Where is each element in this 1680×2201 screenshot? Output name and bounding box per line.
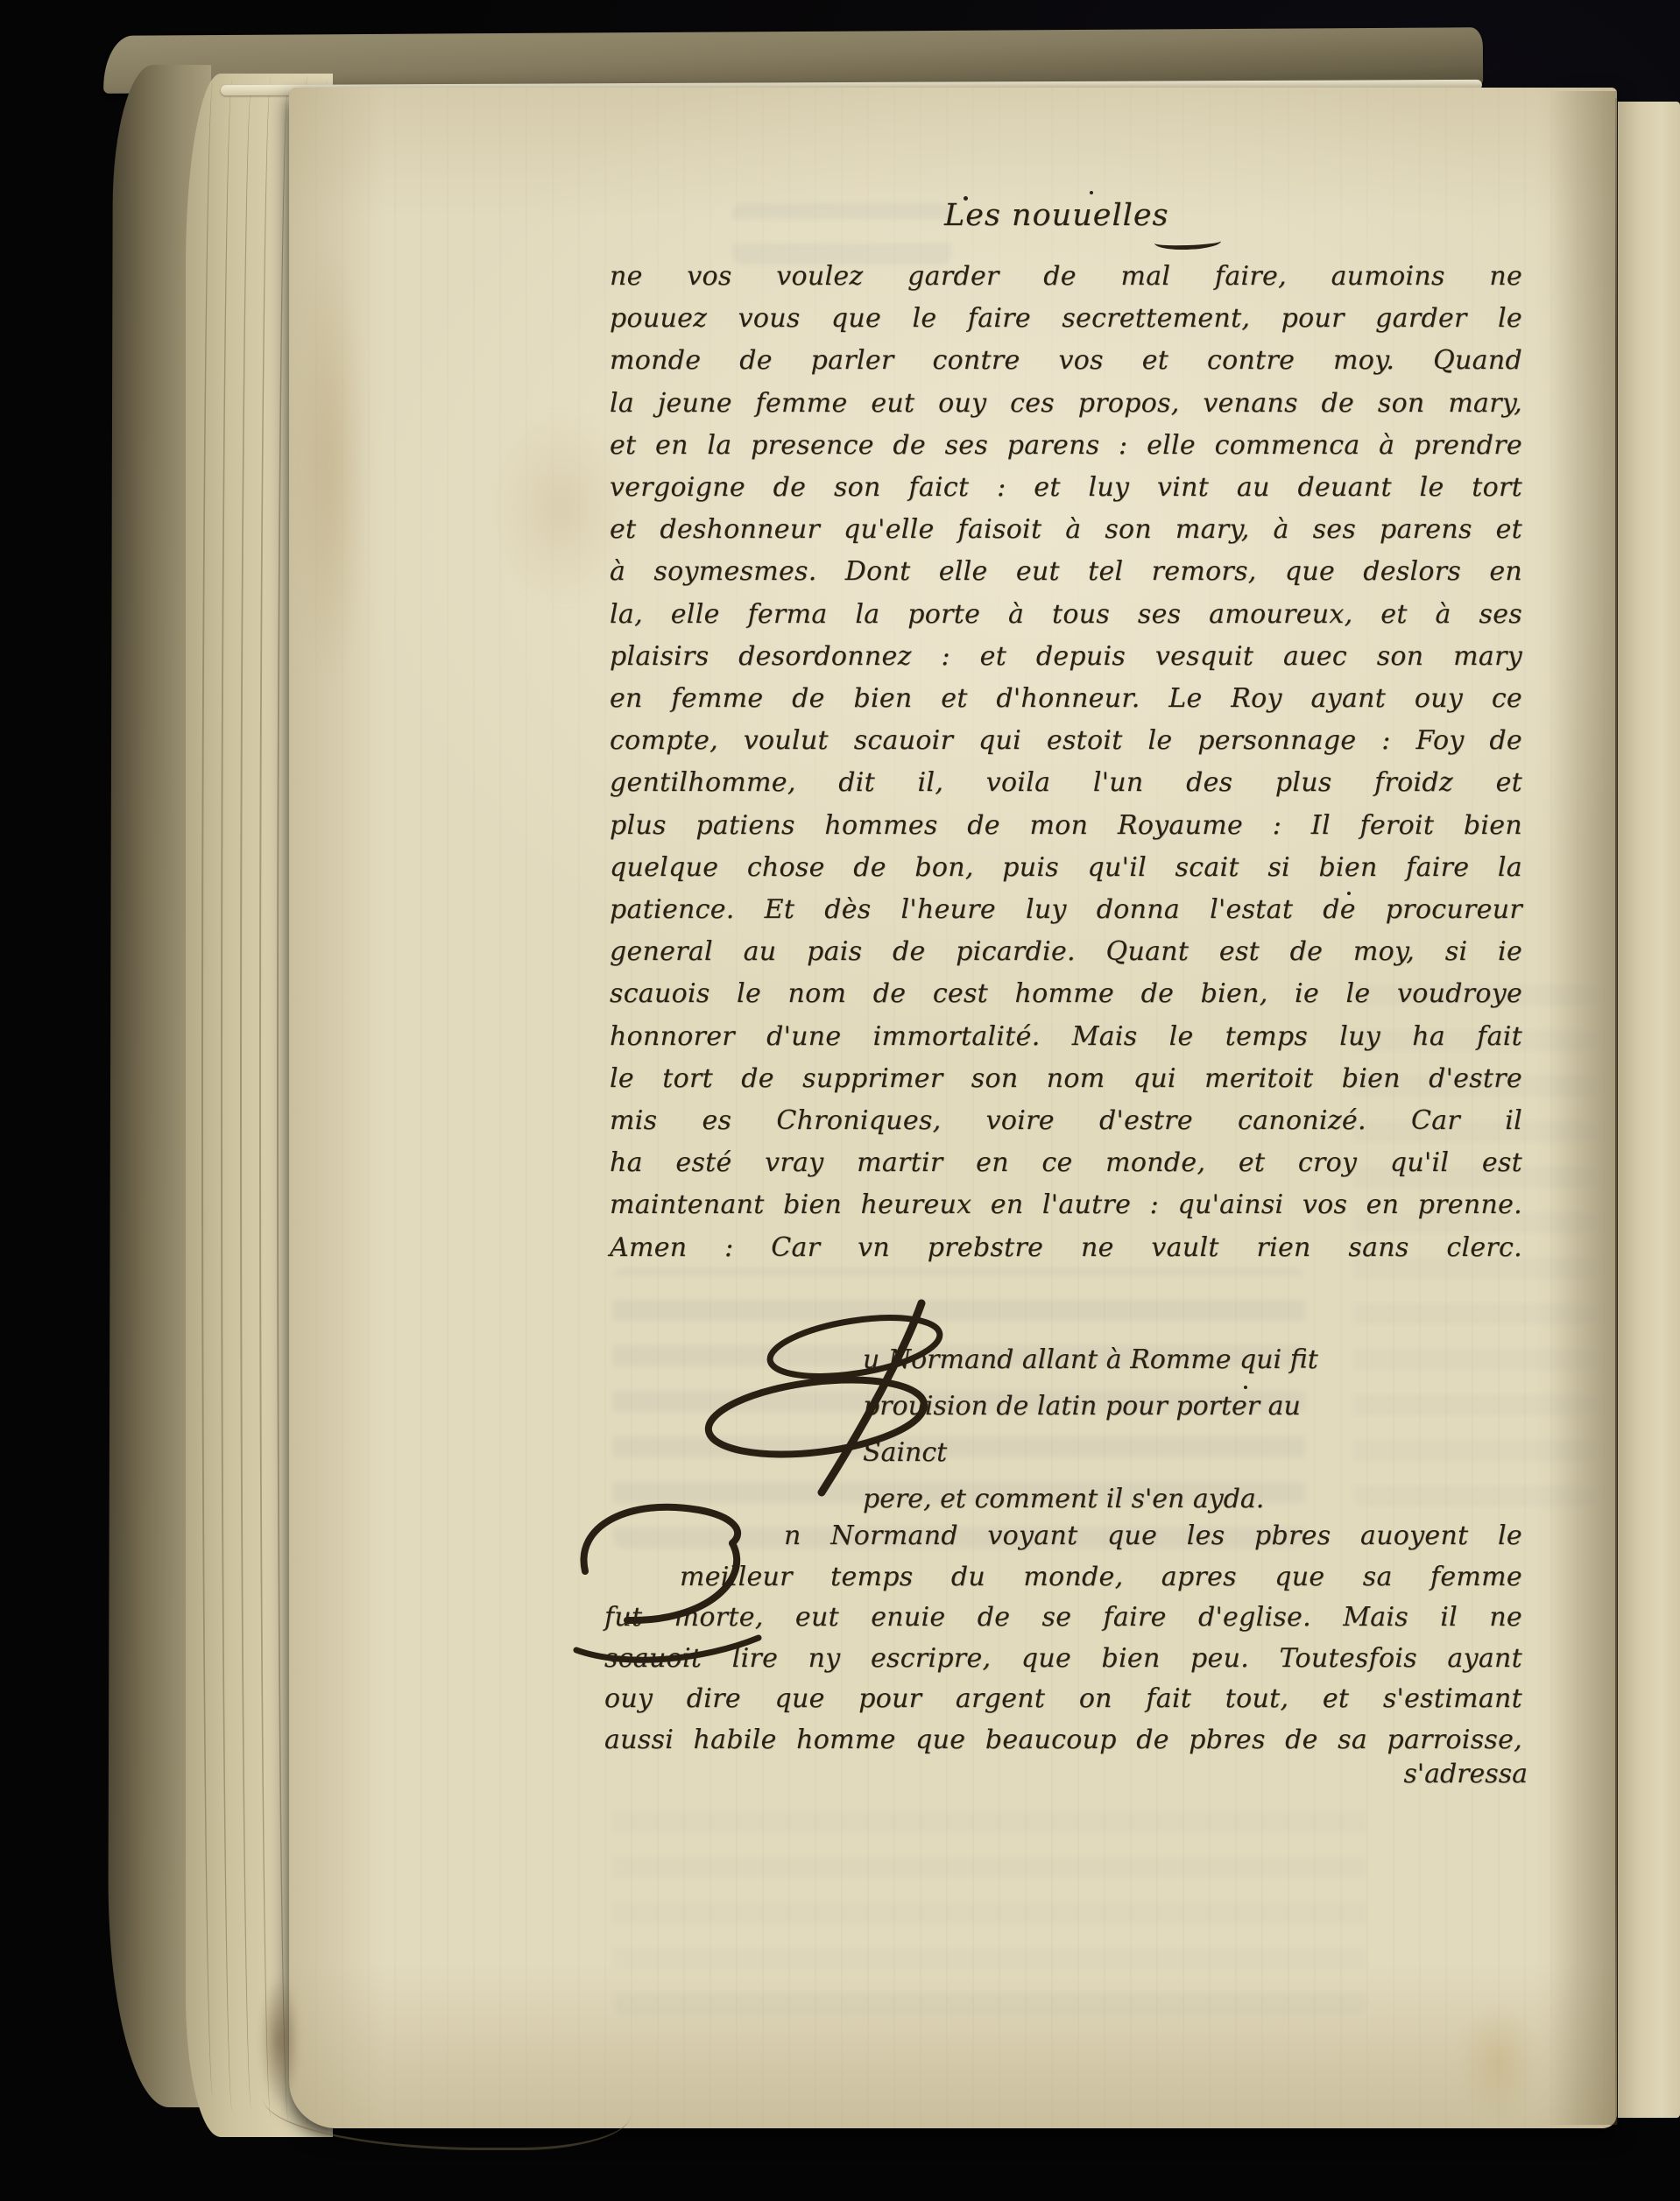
text-line: mis es Chroniques, voire d'estre canoniz… xyxy=(610,1100,1522,1142)
text-line: la, elle ferma la porte à tous ses amour… xyxy=(610,594,1522,636)
text-line: ne vos voulez garder de mal faire, aumoi… xyxy=(610,256,1522,298)
text-line: plus patiens hommes de mon Royaume : Il … xyxy=(610,805,1522,847)
text-line: patience. Et dès l'heure luy donna l'est… xyxy=(610,889,1522,931)
text-line: scauois le nom de cest homme de bien, ie… xyxy=(610,973,1522,1015)
stain-blotch xyxy=(1458,2006,1537,2120)
text-line: n Normand voyant que les pbres auoyent l… xyxy=(604,1516,1522,1557)
text-line: compte, voulut scauoir qui estoit le per… xyxy=(610,720,1522,762)
leaf-edge xyxy=(240,86,254,2109)
section-heading: u Normand allant à Romme qui fit prouisi… xyxy=(863,1337,1388,1522)
ink-dot xyxy=(1090,191,1093,194)
text-line: et en la presence de ses parens : elle c… xyxy=(610,425,1522,467)
text-line: scauoit lire ny escripre, que bien peu. … xyxy=(604,1639,1522,1680)
text-line: monde de parler contre vos et contre moy… xyxy=(610,340,1522,382)
leaf-edge xyxy=(201,82,215,2097)
text-line: maintenant bien heureux en l'autre : qu'… xyxy=(610,1184,1522,1226)
text-line: Amen : Car vn prebstre ne vault rien san… xyxy=(610,1227,1522,1269)
text-line: à soymesmes. Dont elle eut tel remors, q… xyxy=(610,551,1522,593)
body-paragraph-1: ne vos voulez garder de mal faire, aumoi… xyxy=(610,256,1522,1269)
text-line: en femme de bien et d'honneur. Le Roy ay… xyxy=(610,678,1522,720)
ink-showthrough xyxy=(613,1804,1366,2014)
catchword: s'adressa xyxy=(1174,1759,1528,1789)
running-header: Les nouuelles xyxy=(944,198,1169,233)
heading-line: prouision de latin pour porter au Sainct xyxy=(863,1383,1388,1476)
text-line: quelque chose de bon, puis qu'il scait s… xyxy=(610,847,1522,889)
stain-blotch xyxy=(294,245,364,683)
facing-page-sliver xyxy=(1618,102,1680,2118)
leaf-edge xyxy=(221,79,235,2111)
text-line: meilleur temps du monde, apres que sa fe… xyxy=(604,1557,1522,1598)
body-paragraph-2: n Normand voyant que les pbres auoyent l… xyxy=(604,1516,1522,1761)
text-line: honnorer d'une immortalité. Mais le temp… xyxy=(610,1016,1522,1058)
text-line: ouy dire que pour argent on fait tout, e… xyxy=(604,1679,1522,1720)
text-line: aussi habile homme que beaucoup de pbres… xyxy=(604,1720,1522,1761)
text-line: vergoigne de son faict : et luy vint au … xyxy=(610,467,1522,509)
text-line: ha esté vray martir en ce monde, et croy… xyxy=(610,1142,1522,1184)
text-line: et deshonneur qu'elle faisoit à son mary… xyxy=(610,509,1522,551)
leaf-edge xyxy=(259,77,273,2118)
text-line: plaisirs desordonnez : et depuis vesquit… xyxy=(610,636,1522,678)
text-line: general au pais de picardie. Quant est d… xyxy=(610,931,1522,973)
text-line: pouuez vous que le faire secrettement, p… xyxy=(610,298,1522,340)
stain-blotch xyxy=(259,1975,300,2106)
leaf-edge-bottom xyxy=(263,2092,631,2150)
text-line: gentilhomme, dit il, voila l'un des plus… xyxy=(610,762,1522,804)
heading-line: u Normand allant à Romme qui fit xyxy=(863,1337,1388,1383)
text-line: fut morte, eut enuie de se faire d'eglis… xyxy=(604,1598,1522,1639)
text-line: le tort de supprimer son nom qui meritoi… xyxy=(610,1058,1522,1100)
text-line: la jeune femme eut ouy ces propos, venan… xyxy=(610,383,1522,425)
